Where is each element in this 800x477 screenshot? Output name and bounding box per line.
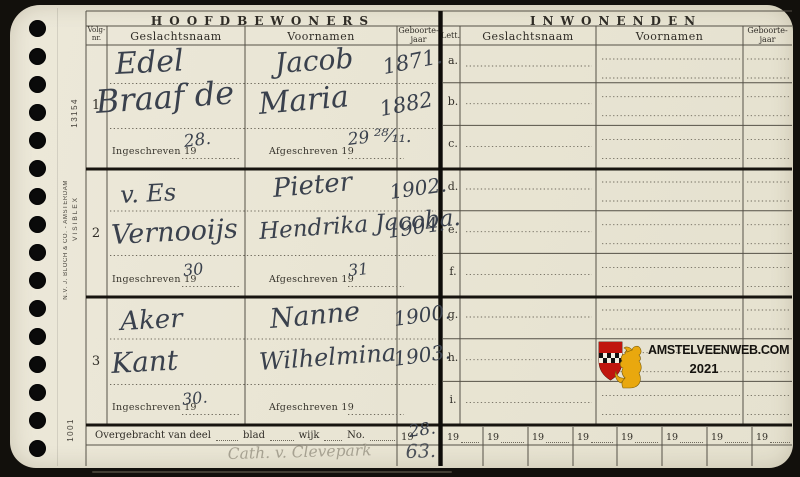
wijk-label: wijk: [299, 430, 320, 441]
lett-row-d: d.: [445, 180, 461, 193]
year-cell: 19: [756, 430, 790, 443]
year-cell: 19: [447, 430, 479, 443]
surname-entry: Braaf de: [95, 76, 235, 118]
dotted-fill: [725, 433, 748, 443]
col-header-voornamen-left: Voornamen: [245, 30, 397, 43]
firstname-entry: Maria: [257, 82, 350, 120]
col-header-geslachtsnaam-right: Geslachtsnaam: [460, 30, 596, 43]
year-cell-prefix: 19: [577, 432, 589, 443]
surname-entry: Kant: [111, 347, 179, 378]
printer-brand: VISIBLEX: [72, 196, 79, 241]
dotted-fill: [270, 431, 294, 441]
year-cell: 19: [621, 430, 658, 443]
year-cell: 19: [577, 430, 613, 443]
year-cell-prefix: 19: [621, 432, 633, 443]
section-title-inwonenden: INWONENDEN: [440, 14, 792, 28]
afgeschreven-year: 29: [347, 129, 371, 149]
col-header-lett: Lett.: [441, 31, 460, 40]
dotted-fill: [546, 433, 569, 443]
year-cell: 19: [666, 430, 703, 443]
overgebracht-label: Overgebracht van deel: [95, 430, 211, 441]
afgeschreven-date: ²⁸⁄₁₁.: [374, 128, 412, 146]
dotted-fill: [216, 431, 238, 441]
lett-row-e: e.: [445, 223, 461, 236]
lett-row-i: i.: [445, 393, 461, 406]
year-cell-prefix: 19: [711, 432, 723, 443]
ingeschreven-year: 28.: [183, 131, 212, 151]
col-header-geslachtsnaam-left: Geslachtsnaam: [107, 30, 245, 43]
dotted-fill: [370, 431, 395, 441]
volgnr-3: 3: [88, 354, 104, 369]
pencil-street-annotation: Cath. v. Clevepark: [228, 443, 372, 462]
dotted-fill: [324, 431, 342, 441]
year-cell-prefix: 19: [666, 432, 678, 443]
surname-entry: Aker: [120, 306, 184, 335]
serial-number-top: 13154: [70, 98, 79, 128]
volgnr-2: 2: [88, 226, 104, 241]
afgeschreven-label: Afgeschreven 19: [269, 274, 354, 285]
firstname-entry: Nanne: [269, 298, 361, 333]
col-header-volgnr: Volg- nr.: [86, 27, 107, 43]
transfer-year-handwritten: 28.: [408, 420, 437, 441]
watermark: AMSTELVEENWEB.COM 2021: [596, 336, 764, 390]
dotted-fill: [770, 433, 790, 443]
afgeschreven-year: 31: [347, 261, 369, 279]
serial-number-bottom: 1001: [66, 418, 75, 442]
blad-label: blad: [243, 430, 265, 441]
lett-row-b: b.: [445, 95, 461, 108]
year-cell-prefix: 19: [756, 432, 768, 443]
dotted-fill: [501, 433, 524, 443]
col-header-voornamen-right: Voornamen: [596, 30, 743, 43]
checker-band: [599, 353, 623, 363]
printer-company: N.V. J. BLOCH & CO. - AMSTERDAM: [63, 180, 69, 300]
overgebracht-row: Overgebracht van deel blad wijk No.: [95, 430, 395, 441]
year-cell-prefix: 19: [447, 432, 459, 443]
surname-entry: v. Es: [120, 180, 177, 207]
scanned-register-card: 13154 VISIBLEX N.V. J. BLOCH & CO. - AMS…: [0, 0, 800, 477]
ingeschreven-year: 30.: [181, 389, 208, 408]
lett-row-c: c.: [445, 137, 461, 150]
surname-entry: Edel: [114, 46, 184, 80]
year-cell: 19: [711, 430, 748, 443]
pencil-housenumber-annotation: 63.: [405, 442, 436, 462]
dotted-fill: [635, 433, 658, 443]
lett-row-h: h.: [445, 351, 461, 364]
year-cell-prefix: 19: [532, 432, 544, 443]
dotted-fill: [591, 433, 613, 443]
firstname-entry: Pieter: [272, 169, 353, 202]
ingeschreven-year: 30: [182, 261, 204, 279]
amstelveen-coat-of-arms-icon: [596, 339, 646, 391]
dotted-fill: [461, 433, 479, 443]
lett-row-a: a.: [445, 54, 461, 67]
dotted-fill: [680, 433, 703, 443]
surname-entry: Vernooijs: [111, 215, 239, 249]
afgeschreven-label: Afgeschreven 19: [269, 402, 354, 413]
watermark-year-text: 2021: [648, 361, 760, 376]
lett-row-g: g.: [445, 308, 461, 321]
year-cell-prefix: 19: [487, 432, 499, 443]
year-cell: 19: [487, 430, 524, 443]
year-cell: 19: [532, 430, 569, 443]
firstname-entry: Jacob: [274, 45, 354, 78]
section-title-hoofdbewoners: HOOFDBEWONERS: [86, 14, 440, 28]
col-header-geboortejaar-right: Geboorte- jaar: [743, 27, 792, 45]
lett-row-f: f.: [445, 265, 461, 278]
no-label: No.: [347, 430, 365, 441]
col-header-geboortejaar-left: Geboorte- jaar: [397, 27, 440, 45]
watermark-site-text: AMSTELVEENWEB.COM: [648, 343, 789, 357]
afgeschreven-label: Afgeschreven 19: [269, 146, 354, 157]
